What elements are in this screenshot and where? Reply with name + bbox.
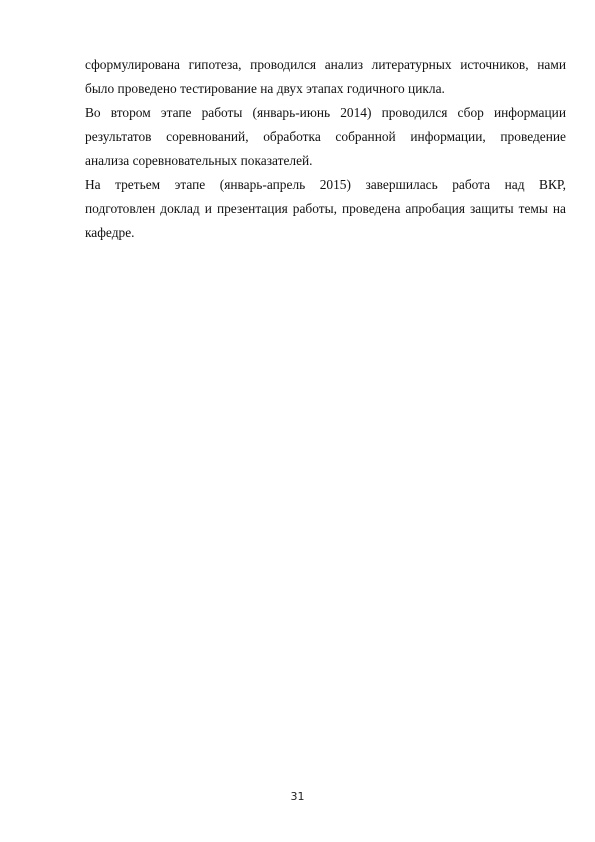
text-line: сформулирована гипотеза, проводился анал…	[85, 53, 566, 77]
text-line: анализа соревновательных показателей.	[85, 149, 566, 173]
page-number: 31	[0, 790, 595, 803]
text-line: результатов соревнований, обработка собр…	[85, 125, 566, 149]
text-line: кафедре.	[85, 221, 566, 245]
text-line: подготовлен доклад и презентация работы,…	[85, 197, 566, 221]
paragraph-second-stage: Во втором этапе работы (январь-июнь 2014…	[85, 101, 566, 173]
document-page: сформулирована гипотеза, проводился анал…	[0, 0, 595, 842]
text-line: было проведено тестирование на двух этап…	[85, 77, 566, 101]
paragraph-research-start: сформулирована гипотеза, проводился анал…	[85, 53, 566, 101]
body-text: сформулирована гипотеза, проводился анал…	[85, 53, 566, 245]
paragraph-third-stage: На третьем этапе (январь-апрель 2015) за…	[85, 173, 566, 245]
text-line: На третьем этапе (январь-апрель 2015) за…	[85, 173, 566, 197]
text-line: Во втором этапе работы (январь-июнь 2014…	[85, 101, 566, 125]
